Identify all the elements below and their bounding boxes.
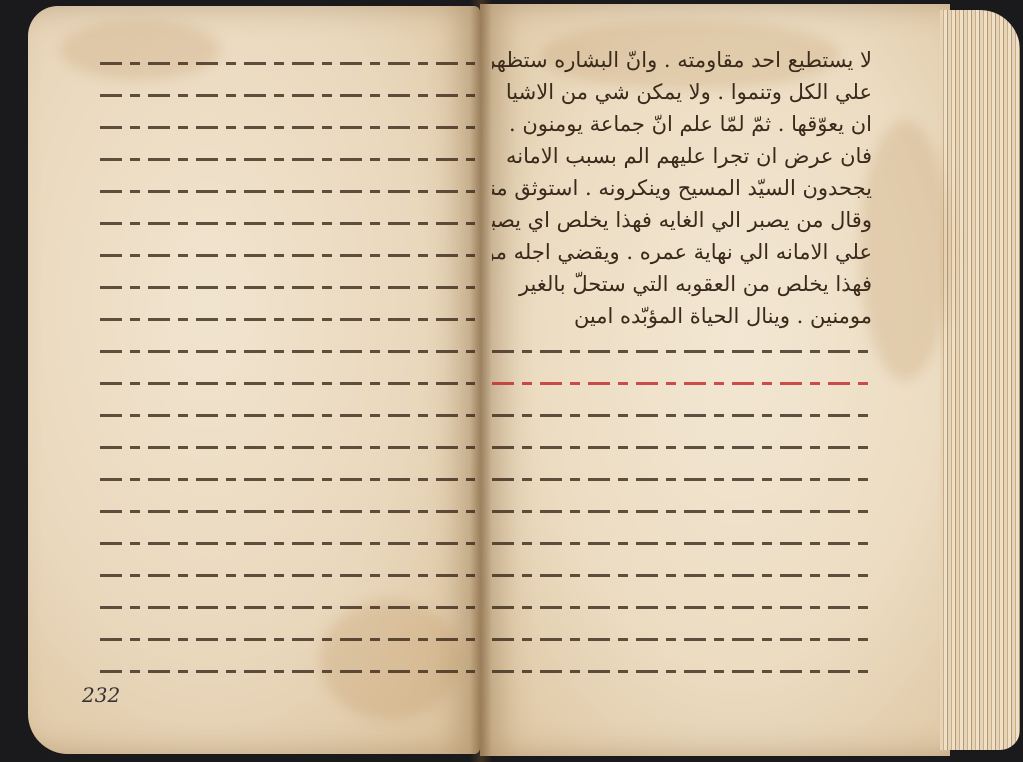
garshuni-line <box>492 652 872 684</box>
garshuni-line <box>100 300 475 332</box>
garshuni-line <box>100 236 475 268</box>
garshuni-line <box>492 332 872 364</box>
garshuni-line <box>492 620 872 652</box>
arabic-line: فان عرض ان تجرا عليهم الم بسبب الامانه <box>492 140 872 172</box>
arabic-line: وقال من يصبر الي الغايه فهذا يخلص اي يصب… <box>492 204 872 236</box>
garshuni-line <box>100 172 475 204</box>
garshuni-line <box>100 204 475 236</box>
left-page-text <box>100 44 475 684</box>
garshuni-line <box>100 524 475 556</box>
fore-edge <box>940 10 1020 750</box>
water-stain <box>860 120 950 380</box>
garshuni-line <box>100 76 475 108</box>
arabic-line: ان يعوّقها . ثمّ لمّا علم انّ جماعة يومن… <box>492 108 872 140</box>
arabic-line: يجحدون السيّد المسيح وينكرونه . استوثق م… <box>492 172 872 204</box>
garshuni-line <box>100 620 475 652</box>
garshuni-line <box>492 492 872 524</box>
garshuni-line <box>100 44 475 76</box>
folio-number: 232 <box>82 683 120 707</box>
rubric-line <box>492 364 872 396</box>
garshuni-line <box>100 556 475 588</box>
garshuni-line <box>100 108 475 140</box>
manuscript-photo: لا يستطيع احد مقاومته . وانّ البشاره ستظ… <box>0 0 1023 762</box>
garshuni-line <box>100 428 475 460</box>
arabic-line: مومنين . وينال الحياة المؤبّده امين <box>492 300 872 332</box>
arabic-line: فهذا يخلص من العقوبه التي ستحلّ بالغير <box>492 268 872 300</box>
garshuni-line <box>492 396 872 428</box>
garshuni-line <box>492 588 872 620</box>
garshuni-line <box>100 492 475 524</box>
garshuni-line <box>100 652 475 684</box>
garshuni-line <box>100 396 475 428</box>
garshuni-line <box>100 332 475 364</box>
garshuni-line <box>100 588 475 620</box>
garshuni-line <box>492 460 872 492</box>
garshuni-line <box>492 556 872 588</box>
arabic-line: علي الامانه الي نهاية عمره . ويقضي اجله … <box>492 236 872 268</box>
right-page-text: لا يستطيع احد مقاومته . وانّ البشاره ستظ… <box>492 44 872 684</box>
garshuni-line <box>100 460 475 492</box>
garshuni-line <box>492 524 872 556</box>
garshuni-line <box>100 364 475 396</box>
garshuni-line <box>100 140 475 172</box>
garshuni-line <box>100 268 475 300</box>
arabic-line: علي الكل وتنموا . ولا يمكن شي من الاشيا <box>492 76 872 108</box>
garshuni-line <box>492 428 872 460</box>
arabic-line: لا يستطيع احد مقاومته . وانّ البشاره ستظ… <box>492 44 872 76</box>
